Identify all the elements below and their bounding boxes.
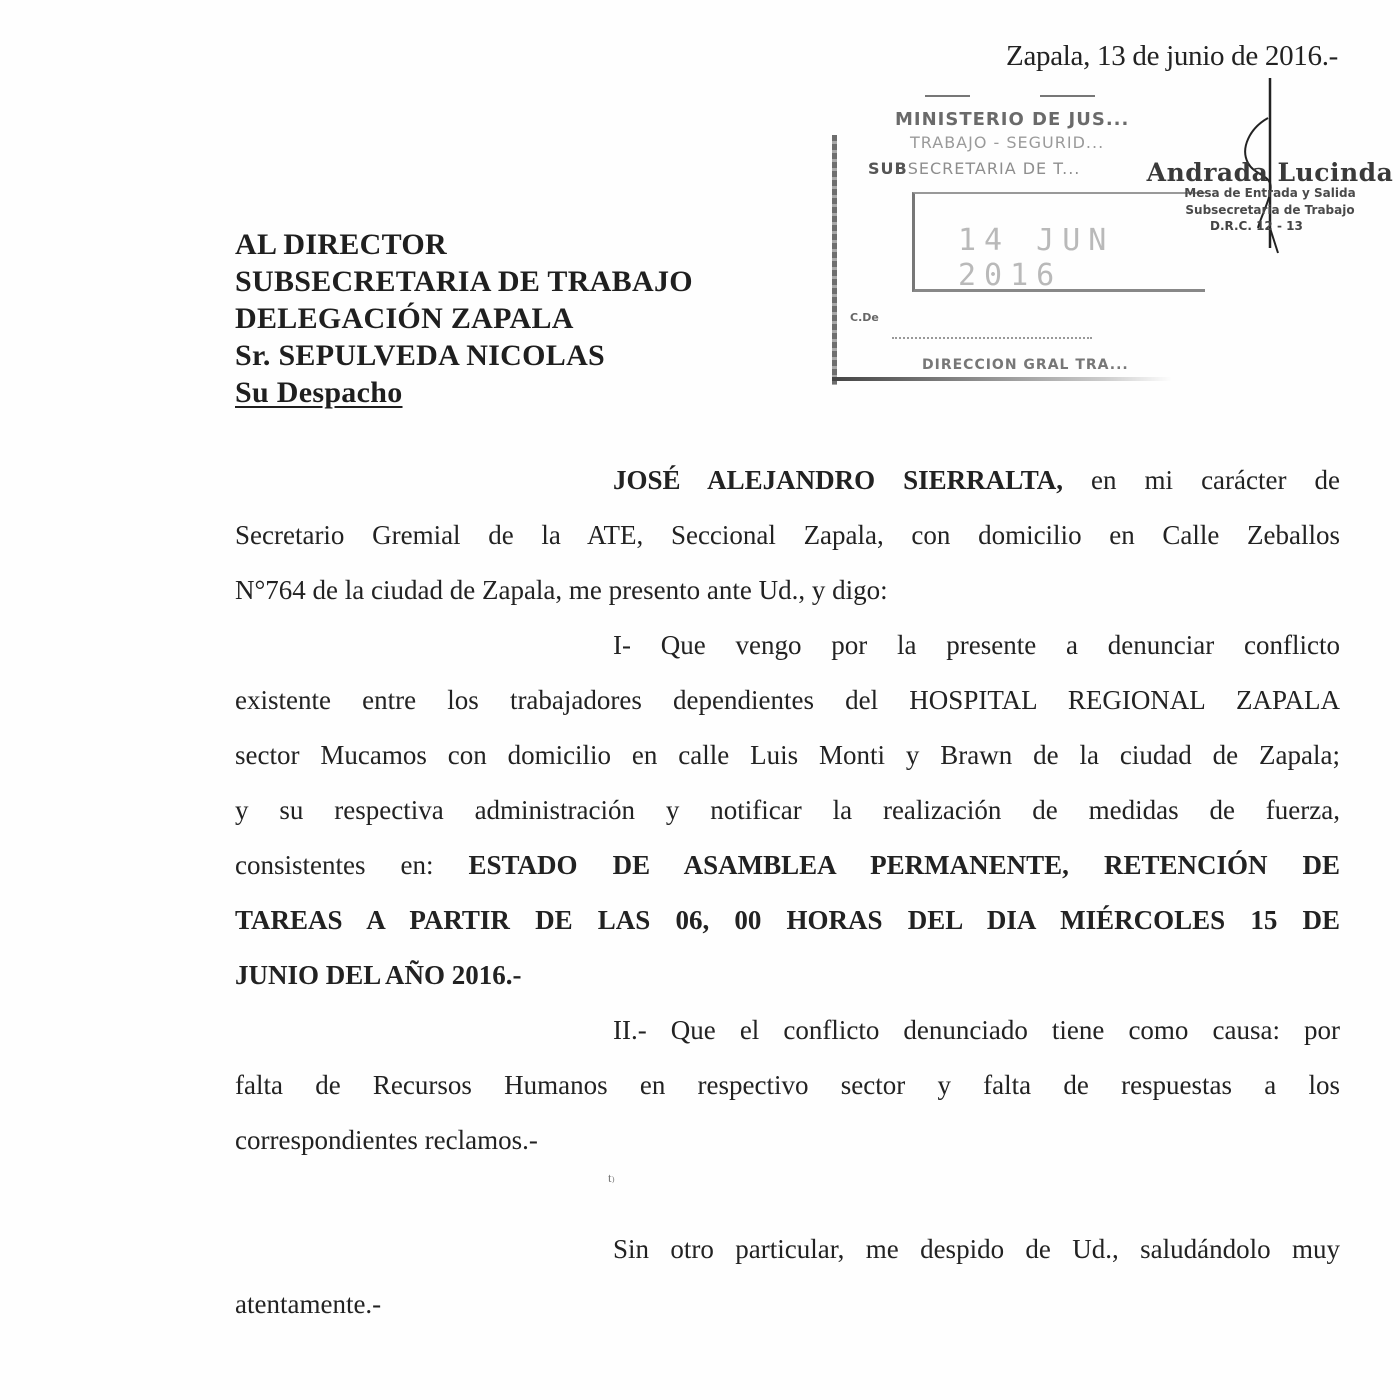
section-1-line: consistentes en: ESTADO DE ASAMBLEA PERM…	[235, 838, 1340, 893]
stamp-frame-left	[832, 135, 837, 385]
receiver-name: Andrada Lucinda	[1140, 160, 1400, 185]
measures-bold-line: TAREAS A PARTIR DE LAS 06, 00 HORAS DEL …	[235, 893, 1340, 948]
section-2-line: II.- Que el conflicto denunciado tiene c…	[235, 1003, 1340, 1058]
section-1-line: y su respectiva administración y notific…	[235, 783, 1340, 838]
intro-paragraph: JOSÉ ALEJANDRO SIERRALTA, en mi carácter…	[235, 453, 1340, 618]
section-1-line: sector Mucamos con domicilio en calle Lu…	[235, 728, 1340, 783]
receiver-department: Subsecretaria de Trabajo	[1140, 202, 1400, 219]
stamp-ministry-line: MINISTERIO DE JUS...	[895, 109, 1129, 130]
intro-line: JOSÉ ALEJANDRO SIERRALTA, en mi carácter…	[235, 453, 1340, 508]
section-2-paragraph: II.- Que el conflicto denunciado tiene c…	[235, 1003, 1340, 1168]
receiver-stamp: Andrada Lucinda Mesa de Entrada y Salida…	[1140, 160, 1400, 233]
section-2-line: correspondientes reclamos.-	[235, 1113, 1340, 1168]
section-1-text: consistentes en:	[235, 850, 434, 880]
measures-bold-line: JUNIO DEL AÑO 2016.-	[235, 948, 1340, 1003]
addressee-delegation: DELEGACIÓN ZAPALA	[235, 300, 693, 337]
intro-line: N°764 de la ciudad de Zapala, me present…	[235, 563, 1340, 618]
stamp-subsecretaria-line: SUBSECRETARIA DE T...	[868, 159, 1080, 178]
measures-bold-text: ESTADO DE ASAMBLEA PERMANENTE, RETENCIÓN…	[469, 850, 1340, 880]
stamp-dash	[1040, 95, 1095, 97]
addressee-block: AL DIRECTOR SUBSECRETARIA DE TRABAJO DEL…	[235, 226, 693, 411]
closing-line: atentamente.-	[235, 1277, 1340, 1332]
receiver-code: D.R.C. 12 - 13	[1210, 219, 1400, 233]
stamp-date: 14 JUN 2016	[958, 223, 1190, 293]
stamp-trabajo-line: TRABAJO - SEGURID...	[910, 133, 1104, 152]
addressee-name: Sr. SEPULVEDA NICOLAS	[235, 337, 693, 374]
stamp-small-code: C.De	[850, 311, 879, 324]
stamp-bottom-text: DIRECCION GRAL TRA...	[922, 357, 1129, 373]
document-page: Zapala, 13 de junio de 2016.- MINISTERIO…	[0, 0, 1400, 1400]
intro-line-text: en mi carácter de	[1091, 465, 1340, 495]
sender-name: JOSÉ ALEJANDRO SIERRALTA,	[613, 465, 1063, 495]
stamp-sub-prefix: SUB	[868, 159, 908, 178]
section-1-line: I- Que vengo por la presente a denunciar…	[235, 618, 1340, 673]
section-2-line: falta de Recursos Humanos en respectivo …	[235, 1058, 1340, 1113]
stamp-dash	[925, 95, 970, 97]
addressee-office: SUBSECRETARIA DE TRABAJO	[235, 263, 693, 300]
closing-paragraph: Sin otro particular, me despido de Ud., …	[235, 1222, 1340, 1332]
date-line: Zapala, 13 de junio de 2016.-	[1006, 40, 1338, 73]
addressee-title: AL DIRECTOR	[235, 226, 693, 263]
stray-mark: t₎	[608, 1172, 615, 1184]
section-1-line: existente entre los trabajadores dependi…	[235, 673, 1340, 728]
stamp-frame-bottom	[832, 377, 1172, 381]
section-1-paragraph: I- Que vengo por la presente a denunciar…	[235, 618, 1340, 1003]
reception-stamp: MINISTERIO DE JUS... TRABAJO - SEGURID..…	[830, 95, 1190, 390]
intro-line: Secretario Gremial de la ATE, Seccional …	[235, 508, 1340, 563]
closing-line: Sin otro particular, me despido de Ud., …	[235, 1222, 1340, 1277]
addressee-despacho: Su Despacho	[235, 374, 693, 411]
receiver-office: Mesa de Entrada y Salida	[1140, 185, 1400, 202]
stamp-dotted-line	[892, 337, 1092, 339]
stamp-sub-rest: SECRETARIA DE T...	[908, 159, 1081, 178]
